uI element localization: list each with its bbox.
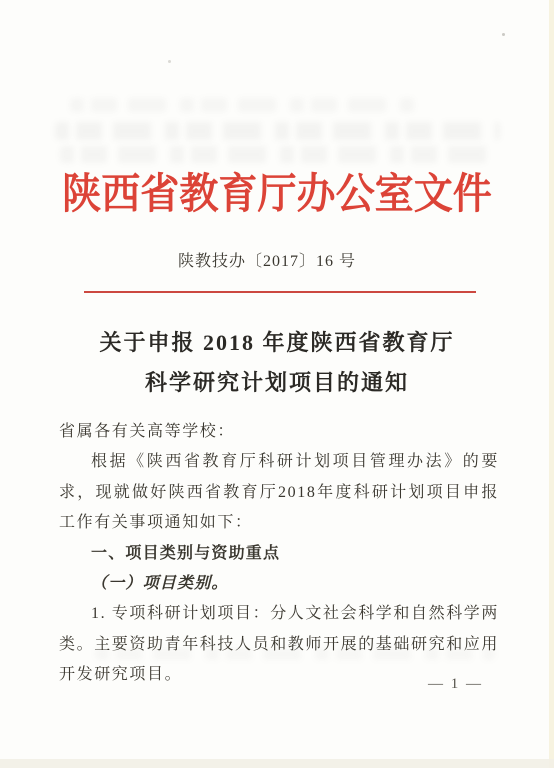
scan-speck [168, 60, 171, 63]
scanned-document-page: 陕西省教育厅办公室文件 陕教技办〔2017〕16 号 关于申报 2018 年度陕… [0, 0, 554, 768]
bleedthrough-artifact [55, 122, 500, 140]
scan-edge-bottom [0, 759, 554, 768]
salutation: 省属各有关高等学校： [59, 417, 499, 447]
notice-title-line1: 关于申报 2018 年度陕西省教育厅 [0, 323, 554, 363]
notice-title: 关于申报 2018 年度陕西省教育厅 科学研究计划项目的通知 [0, 323, 554, 403]
red-separator-rule [84, 291, 476, 293]
bleedthrough-artifact [70, 98, 420, 112]
document-number: 陕教技办〔2017〕16 号 [0, 250, 534, 274]
document-body: 省属各有关高等学校： 根据《陕西省教育厅科研计划项目管理办法》的要求，现就做好陕… [59, 417, 499, 691]
intro-paragraph: 根据《陕西省教育厅科研计划项目管理办法》的要求，现就做好陕西省教育厅2018年度… [59, 447, 499, 538]
bleedthrough-artifact [60, 146, 495, 163]
section-heading: 一、项目类别与资助重点 [59, 539, 499, 569]
subsection-heading: （一）项目类别。 [59, 569, 499, 599]
scan-edge-right [549, 0, 554, 768]
page-number: — 1 — [428, 674, 483, 694]
notice-title-line2: 科学研究计划项目的通知 [0, 363, 554, 403]
scan-speck [502, 33, 505, 36]
letterhead-title: 陕西省教育厅办公室文件 [19, 166, 534, 224]
